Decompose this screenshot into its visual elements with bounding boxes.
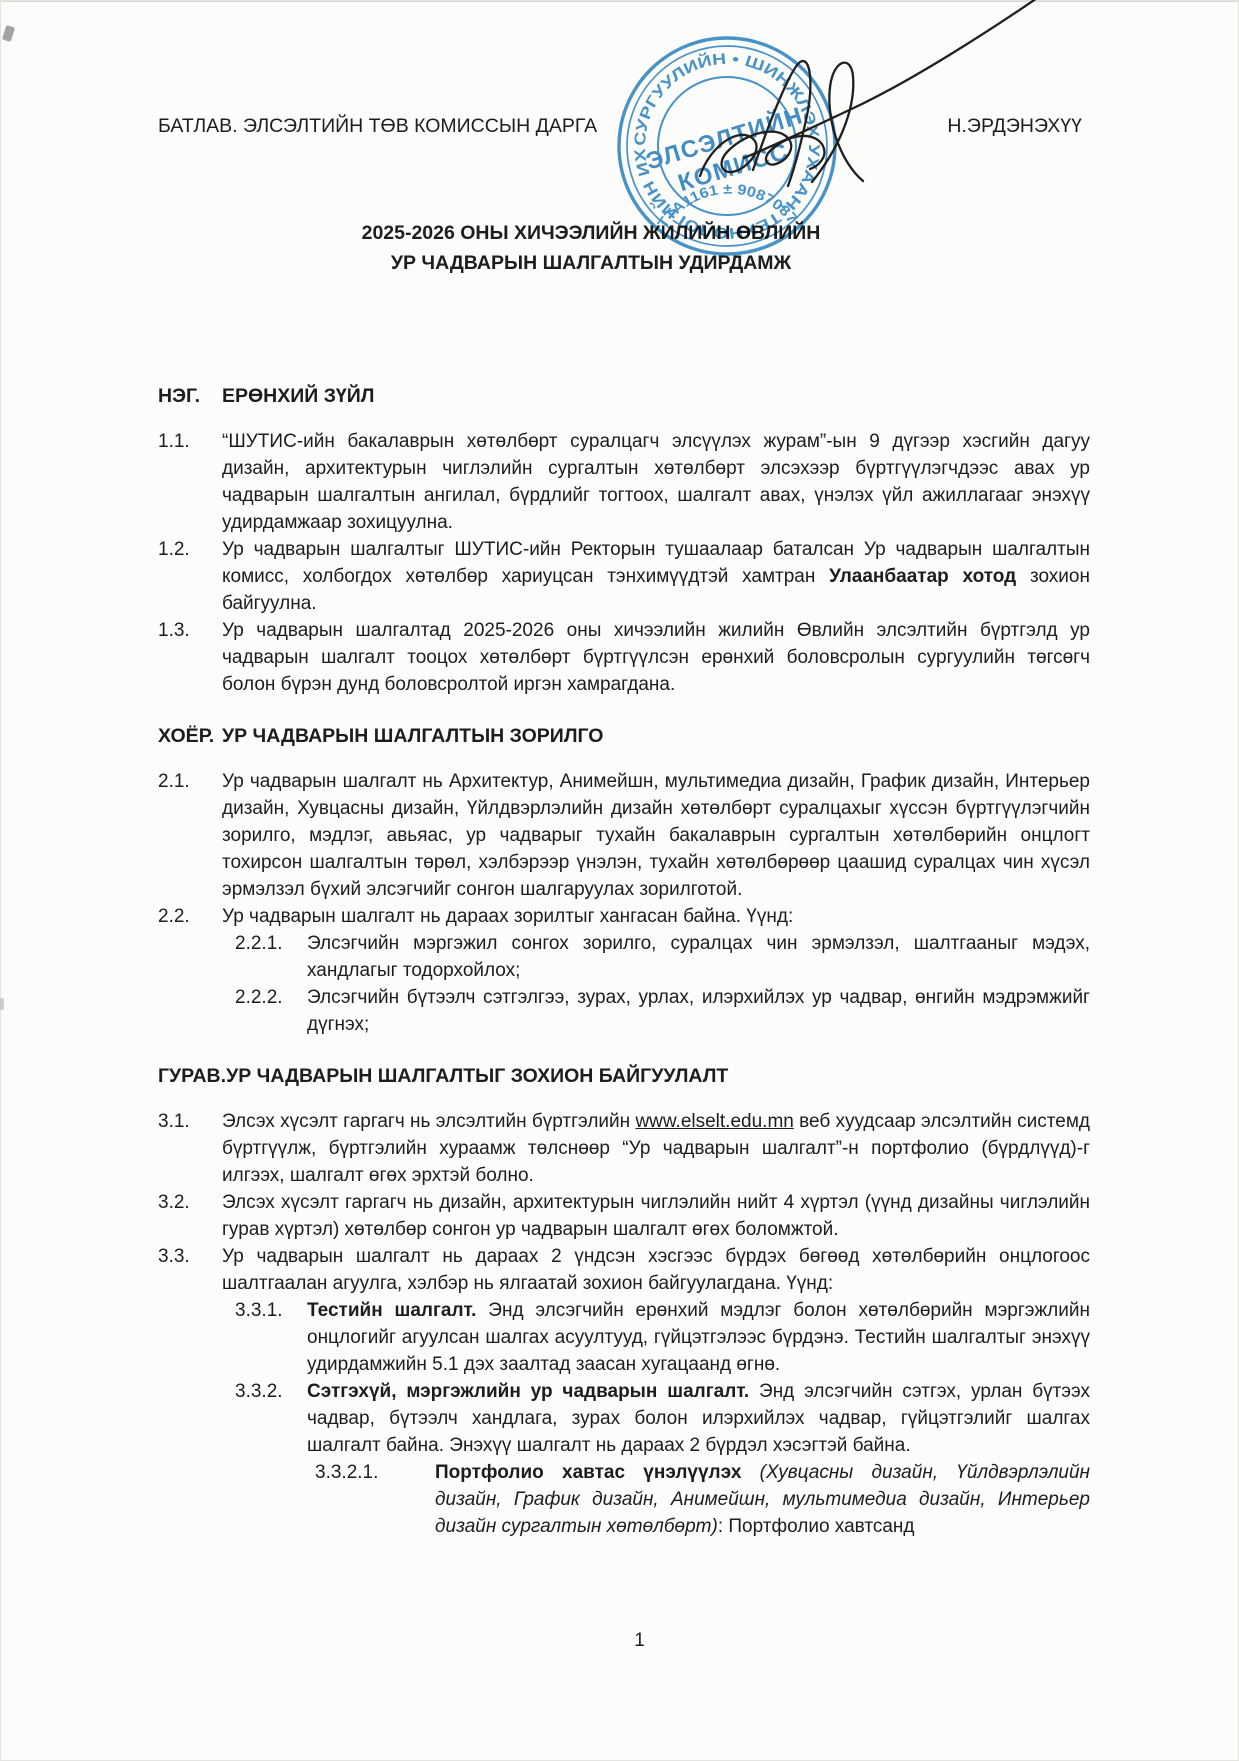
item-3.1: 3.1.Элсэх хүсэлт гаргагч нь элсэлтийн бү… bbox=[158, 1108, 1090, 1189]
item-text: Ур чадварын шалгалтад 2025-2026 оны хичэ… bbox=[222, 617, 1090, 698]
item-3.3.2: 3.3.2.Сэтгэхүй, мэргэжлийн ур чадварын ш… bbox=[235, 1378, 1090, 1459]
item-3.3.2.1: 3.3.2.1.Портфолио хавтас үнэлүүлэх (Хувц… bbox=[315, 1459, 1090, 1540]
scan-artifact-left-edge bbox=[0, 998, 4, 1010]
item-number: 1.3. bbox=[158, 617, 222, 698]
section-3: ГУРАВ.УР ЧАДВАРЫН ШАЛГАЛТЫГ ЗОХИОН БАЙГУ… bbox=[158, 1062, 1090, 1540]
item-2.2.1: 2.2.1.Элсэгчийн мэргэжил сонгох зорилго,… bbox=[235, 930, 1090, 984]
section-1: НЭГ.ЕРӨНХИЙ ЗҮЙЛ1.1.“ШУТИС-ийн бакалавры… bbox=[158, 382, 1090, 698]
item-number: 2.2. bbox=[158, 903, 222, 930]
section-title: УР ЧАДВАРЫН ШАЛГАЛТЫН ЗОРИЛГО bbox=[222, 722, 603, 750]
item-number: 2.2.1. bbox=[235, 930, 307, 984]
item-3.3: 3.3.Ур чадварын шалгалт нь дараах 2 үндс… bbox=[158, 1243, 1090, 1297]
document-title: 2025-2026 ОНЫ ХИЧЭЭЛИЙН ЖИЛИЙН ӨВЛИЙН УР… bbox=[158, 218, 1090, 278]
item-number: 2.1. bbox=[158, 768, 222, 903]
item-text: Элсэгчийн бүтээлч сэтгэлгээ, зурах, урла… bbox=[307, 984, 1090, 1038]
item-2.2.2: 2.2.2.Элсэгчийн бүтээлч сэтгэлгээ, зурах… bbox=[235, 984, 1090, 1038]
page-number: 1 bbox=[20, 1630, 1239, 1652]
item-text: Ур чадварын шалгалт нь дараах зорилтыг х… bbox=[222, 903, 1090, 930]
text-run: : Портфолио хавтсанд bbox=[718, 1516, 915, 1537]
item-number: 1.2. bbox=[158, 536, 222, 617]
approval-label: БАТЛАВ. ЭЛСЭЛТИЙН ТӨВ КОМИССЫН ДАРГА bbox=[158, 112, 597, 140]
approver-name: Н.ЭРДЭНЭХҮҮ bbox=[947, 112, 1090, 140]
text-run: “ШУТИС-ийн бакалаврын хөтөлбөрт суралцаг… bbox=[222, 431, 1090, 533]
item-number: 1.1. bbox=[158, 428, 222, 536]
section-heading-2: ХОЁР.УР ЧАДВАРЫН ШАЛГАЛТЫН ЗОРИЛГО bbox=[158, 722, 1090, 750]
section-number: ХОЁР. bbox=[158, 722, 222, 750]
item-3.3.1: 3.3.1.Тестийн шалгалт. Энд элсэгчийн ерө… bbox=[235, 1297, 1090, 1378]
item-number: 3.3.2.1. bbox=[315, 1459, 435, 1540]
section-title: ЕРӨНХИЙ ЗҮЙЛ bbox=[222, 382, 374, 410]
item-text: Портфолио хавтас үнэлүүлэх (Хувцасны диз… bbox=[435, 1459, 1090, 1540]
text-run: Элсэгчийн мэргэжил сонгох зорилго, сурал… bbox=[307, 933, 1090, 981]
item-text: Элсэх хүсэлт гаргагч нь дизайн, архитект… bbox=[222, 1189, 1090, 1243]
section-heading-1: НЭГ.ЕРӨНХИЙ ЗҮЙЛ bbox=[158, 382, 1090, 410]
text-run: Ур чадварын шалгалтад 2025-2026 оны хичэ… bbox=[222, 620, 1090, 695]
text-run: Ур чадварын шалгалт нь дараах зорилтыг х… bbox=[222, 906, 793, 927]
item-text: Элсэгчийн мэргэжил сонгох зорилго, сурал… bbox=[307, 930, 1090, 984]
text-run: Улаанбаатар хотод bbox=[829, 566, 1016, 587]
item-2.1: 2.1.Ур чадварын шалгалт нь Архитектур, А… bbox=[158, 768, 1090, 903]
text-run: Тестийн шалгалт. bbox=[307, 1300, 476, 1321]
section-title: УР ЧАДВАРЫН ШАЛГАЛТЫГ ЗОХИОН БАЙГУУЛАЛТ bbox=[226, 1062, 728, 1090]
item-1.3: 1.3.Ур чадварын шалгалтад 2025-2026 оны … bbox=[158, 617, 1090, 698]
text-run: Портфолио хавтас үнэлүүлэх bbox=[435, 1462, 760, 1483]
item-3.2: 3.2.Элсэх хүсэлт гаргагч нь дизайн, архи… bbox=[158, 1189, 1090, 1243]
item-text: Ур чадварын шалгалт нь дараах 2 үндсэн х… bbox=[222, 1243, 1090, 1297]
approval-line: БАТЛАВ. ЭЛСЭЛТИЙН ТӨВ КОМИССЫН ДАРГА Н.Э… bbox=[158, 112, 1090, 140]
title-line-2: УР ЧАДВАРЫН ШАЛГАЛТЫН УДИРДАМЖ bbox=[158, 248, 1024, 278]
item-number: 3.3. bbox=[158, 1243, 222, 1297]
text-run: Элсэх хүсэлт гаргагч нь элсэлтийн бүртгэ… bbox=[222, 1111, 635, 1132]
item-text: Ур чадварын шалгалт нь Архитектур, Аниме… bbox=[222, 768, 1090, 903]
item-text: “ШУТИС-ийн бакалаврын хөтөлбөрт суралцаг… bbox=[222, 428, 1090, 536]
scan-artifact-top-left bbox=[2, 25, 15, 42]
text-run: Элсэгчийн бүтээлч сэтгэлгээ, зурах, урла… bbox=[307, 987, 1090, 1035]
item-number: 2.2.2. bbox=[235, 984, 307, 1038]
text-run: Ур чадварын шалгалт нь Архитектур, Аниме… bbox=[222, 771, 1090, 900]
item-number: 3.2. bbox=[158, 1189, 222, 1243]
text-run: Сэтгэхүй, мэргэжлийн ур чадварын шалгалт… bbox=[307, 1381, 749, 1402]
sections-container: НЭГ.ЕРӨНХИЙ ЗҮЙЛ1.1.“ШУТИС-ийн бакалавры… bbox=[158, 382, 1090, 1540]
item-1.1: 1.1.“ШУТИС-ийн бакалаврын хөтөлбөрт сура… bbox=[158, 428, 1090, 536]
text-run: Ур чадварын шалгалт нь дараах 2 үндсэн х… bbox=[222, 1246, 1090, 1294]
item-number: 3.1. bbox=[158, 1108, 222, 1189]
section-number: ГУРАВ. bbox=[158, 1062, 226, 1090]
document-content: БАТЛАВ. ЭЛСЭЛТИЙН ТӨВ КОМИССЫН ДАРГА Н.Э… bbox=[158, 0, 1090, 1540]
scanned-document-page: БАТЛАВ. ЭЛСЭЛТИЙН ТӨВ КОМИССЫН ДАРГА Н.Э… bbox=[0, 0, 1239, 1761]
text-run: Элсэх хүсэлт гаргагч нь дизайн, архитект… bbox=[222, 1192, 1090, 1240]
item-number: 3.3.1. bbox=[235, 1297, 307, 1378]
website-link: www.elselt.edu.mn bbox=[635, 1111, 793, 1132]
section-number: НЭГ. bbox=[158, 382, 222, 410]
item-text: Ур чадварын шалгалтыг ШУТИС-ийн Ректорын… bbox=[222, 536, 1090, 617]
item-text: Сэтгэхүй, мэргэжлийн ур чадварын шалгалт… bbox=[307, 1378, 1090, 1459]
item-text: Элсэх хүсэлт гаргагч нь элсэлтийн бүртгэ… bbox=[222, 1108, 1090, 1189]
section-2: ХОЁР.УР ЧАДВАРЫН ШАЛГАЛТЫН ЗОРИЛГО2.1.Ур… bbox=[158, 722, 1090, 1038]
title-line-1: 2025-2026 ОНЫ ХИЧЭЭЛИЙН ЖИЛИЙН ӨВЛИЙН bbox=[158, 218, 1024, 248]
item-2.2: 2.2.Ур чадварын шалгалт нь дараах зорилт… bbox=[158, 903, 1090, 930]
item-text: Тестийн шалгалт. Энд элсэгчийн ерөнхий м… bbox=[307, 1297, 1090, 1378]
item-1.2: 1.2.Ур чадварын шалгалтыг ШУТИС-ийн Рект… bbox=[158, 536, 1090, 617]
item-number: 3.3.2. bbox=[235, 1378, 307, 1459]
section-heading-3: ГУРАВ.УР ЧАДВАРЫН ШАЛГАЛТЫГ ЗОХИОН БАЙГУ… bbox=[158, 1062, 1090, 1090]
